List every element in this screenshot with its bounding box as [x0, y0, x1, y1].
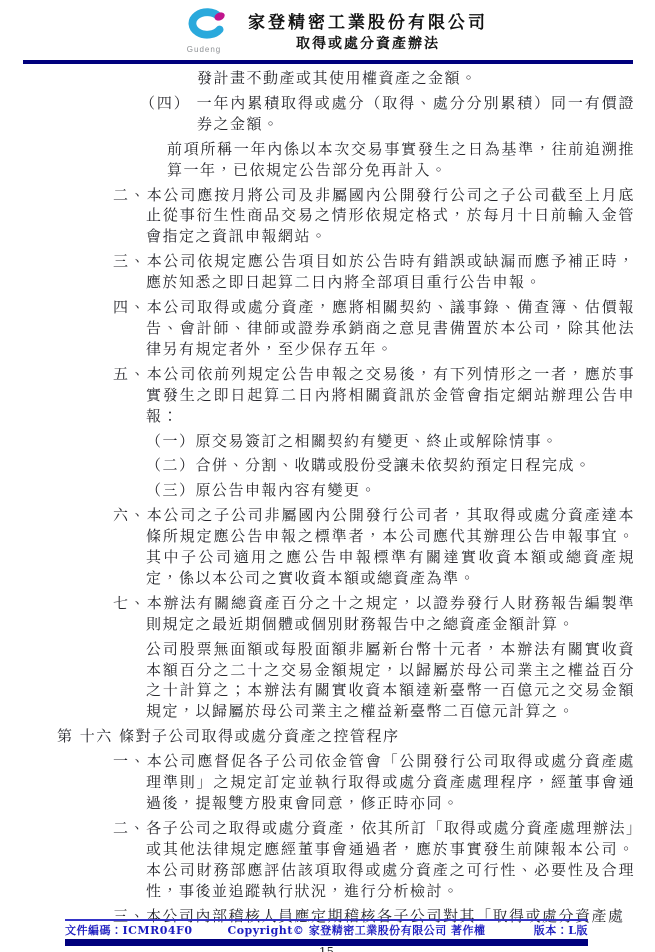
page-number: 15: [65, 946, 588, 952]
version-label: 版本：L版: [498, 922, 588, 938]
paragraph-marker: （二）: [146, 456, 196, 474]
logo-brand-text: Gudeng: [187, 45, 221, 54]
document-page: Gudeng 家登精密工業股份有限公司 取得或處分資產辦法 發計畫不動產或其使用…: [0, 0, 655, 952]
doc-code: 文件編碼：ICMR04F0: [65, 922, 215, 938]
paragraph-marker: 六、: [113, 506, 147, 524]
paragraph-marker: （三）: [146, 481, 196, 499]
paragraph-text: 本公司之子公司非屬國內公開發行公司者，其取得或處分資產達本條所規定應公告申報之標…: [146, 506, 635, 587]
document-title: 取得或處分資產辦法: [248, 35, 488, 54]
body-paragraph: 公司股票無面額或每股面額非屬新台幣十元者，本辦法有關實收資本額百分之二十之交易金…: [146, 639, 635, 723]
paragraph-text: 前項所稱一年內係以本次交易事實發生之日為基準，往前追溯推算一年，已依規定公告部分…: [167, 140, 635, 179]
document-footer: 文件編碼：ICMR04F0 Copyright© 家登精密工業股份有限公司 著作…: [65, 919, 588, 952]
paragraph-text: 發計畫不動產或其使用權資產之金額。: [197, 69, 478, 87]
paragraph-text: 本公司取得或處分資產，應將相關契約、議事錄、備查簿、估價報告、會計師、律師或證券…: [146, 298, 635, 358]
paragraph-text: 本公司應督促各子公司依金管會「公開發行公司取得或處分資產處理準則」之規定訂定並執…: [146, 752, 635, 812]
body-paragraph: （三）原公告申報內容有變更。: [197, 480, 635, 501]
paragraph-text: 本公司依前列規定公告申報之交易後，有下列情形之一者，應於事實發生之即日起算二日內…: [146, 365, 635, 425]
body-paragraph: 一、本公司應督促各子公司依金管會「公開發行公司取得或處分資產處理準則」之規定訂定…: [146, 751, 635, 814]
paragraph-text: 原交易簽訂之相關契約有變更、終止或解除情事。: [196, 432, 559, 450]
footer-info-row: 文件編碼：ICMR04F0 Copyright© 家登精密工業股份有限公司 著作…: [65, 922, 588, 938]
body-paragraph: 六、本公司之子公司非屬國內公開發行公司者，其取得或處分資產達本條所規定應公告申報…: [146, 505, 635, 589]
body-paragraph: 五、本公司依前列規定公告申報之交易後，有下列情形之一者，應於事實發生之即日起算二…: [146, 364, 635, 427]
paragraph-marker: 一、: [113, 752, 147, 770]
paragraph-marker: 二、: [113, 186, 147, 204]
body-paragraph: （二）合併、分割、收購或股份受讓未依契約預定日程完成。: [197, 455, 635, 476]
paragraph-text: 對子公司取得或處分資產之控管程序: [136, 727, 400, 745]
body-paragraph: 七、本辦法有關總資產百分之十之規定，以證券發行人財務報告編製準則規定之最近期個體…: [146, 593, 635, 635]
gudeng-logo-icon: [178, 8, 230, 44]
paragraph-text: 原公告申報內容有變更。: [196, 481, 378, 499]
body-paragraph: 二、本公司應按月將公司及非屬國內公開發行公司之子公司截至上月底止從事衍生性商品交…: [146, 185, 635, 248]
document-header: Gudeng 家登精密工業股份有限公司 取得或處分資產辦法: [0, 0, 655, 60]
body-paragraph: 四、本公司取得或處分資產，應將相關契約、議事錄、備查簿、估價報告、會計師、律師或…: [146, 297, 635, 360]
header-titles: 家登精密工業股份有限公司 取得或處分資產辦法: [248, 8, 488, 54]
paragraph-marker: 七、: [113, 594, 147, 612]
paragraph-marker: 四、: [113, 298, 147, 316]
footer-divider-thin: [65, 919, 588, 921]
paragraph-text: 一年內累積取得或處分（取得、處分分別累積）同一有價證券之金額。: [197, 94, 635, 133]
document-body: 發計畫不動產或其使用權資產之金額。（四）一年內累積取得或處分（取得、處分分別累積…: [0, 64, 655, 926]
copyright-text: Copyright© 家登精密工業股份有限公司 著作權: [215, 922, 498, 938]
paragraph-marker: （一）: [146, 432, 196, 450]
body-paragraph: 第 十六 條對子公司取得或處分資產之控管程序: [141, 726, 635, 747]
company-name: 家登精密工業股份有限公司: [248, 12, 488, 34]
body-paragraph: 二、各子公司之取得或處分資產，依其所訂「取得或處分資產處理辦法」或其他法律規定應…: [146, 818, 635, 902]
body-paragraph: 發計畫不動產或其使用權資產之金額。: [197, 68, 635, 89]
paragraph-marker: （四）: [140, 94, 191, 112]
paragraph-text: 本辦法有關總資產百分之十之規定，以證券發行人財務報告編製準則規定之最近期個體或個…: [146, 594, 635, 633]
paragraph-text: 各子公司之取得或處分資產，依其所訂「取得或處分資產處理辦法」或其他法律規定應經董…: [146, 819, 635, 900]
paragraph-text: 公司股票無面額或每股面額非屬新台幣十元者，本辦法有關實收資本額百分之二十之交易金…: [146, 640, 635, 721]
body-paragraph: （四）一年內累積取得或處分（取得、處分分別累積）同一有價證券之金額。: [197, 93, 635, 135]
paragraph-marker: 五、: [113, 365, 147, 383]
body-paragraph: （一）原交易簽訂之相關契約有變更、終止或解除情事。: [197, 431, 635, 452]
company-logo: Gudeng: [176, 8, 232, 54]
body-paragraph: 前項所稱一年內係以本次交易事實發生之日為基準，往前追溯推算一年，已依規定公告部分…: [167, 139, 635, 181]
paragraph-marker: 第 十六 條: [57, 727, 136, 745]
paragraph-text: 本公司依規定應公告項目如於公告時有錯誤或缺漏而應予補正時，應於知悉之即日起算二日…: [146, 252, 635, 291]
paragraph-text: 本公司應按月將公司及非屬國內公開發行公司之子公司截至上月底止從事衍生性商品交易之…: [146, 186, 635, 246]
paragraph-text: 合併、分割、收購或股份受讓未依契約預定日程完成。: [196, 456, 592, 474]
paragraph-marker: 二、: [113, 819, 146, 837]
paragraph-marker: 三、: [113, 252, 147, 270]
body-paragraph: 三、本公司依規定應公告項目如於公告時有錯誤或缺漏而應予補正時，應於知悉之即日起算…: [146, 251, 635, 293]
